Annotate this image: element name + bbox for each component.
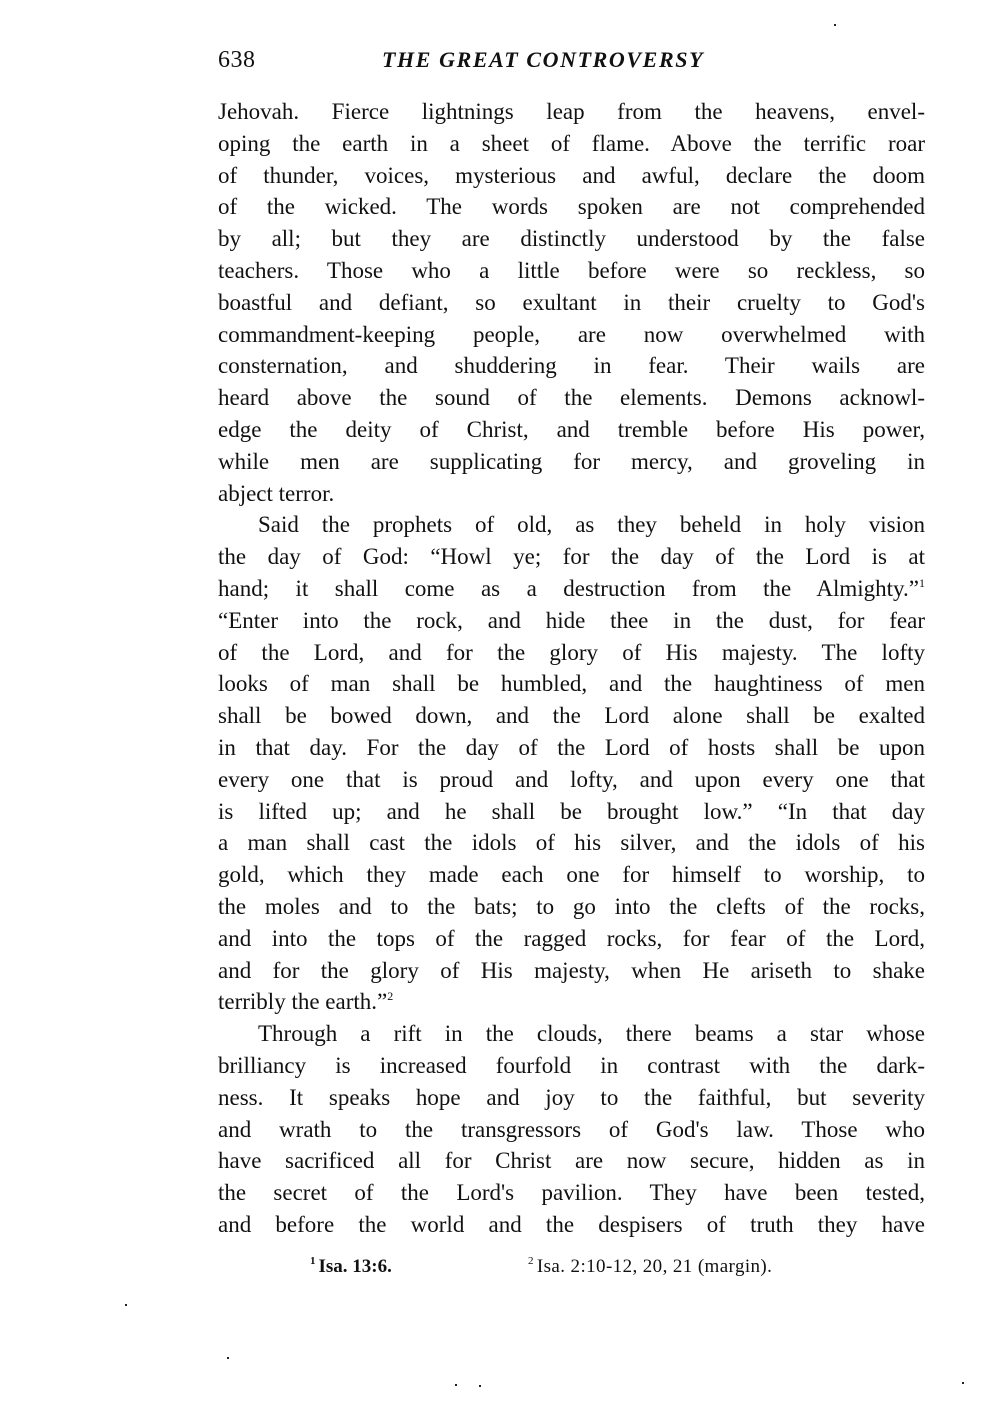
text-line: every one that is proud and lofty, and u… [218, 764, 925, 796]
running-title: THE GREAT CONTROVERSY [382, 44, 704, 76]
text-line: gold, which they made each one for himse… [218, 859, 925, 891]
text-line: heard above the sound of the elements. D… [218, 382, 925, 414]
text-line: “Enter into the rock, and hide thee in t… [218, 605, 925, 637]
text-line: and into the tops of the ragged rocks, f… [218, 923, 925, 955]
text-line: by all; but they are distinctly understo… [218, 223, 925, 255]
text-line: looks of man shall be humbled, and the h… [218, 668, 925, 700]
footnote-ref: 1 [919, 576, 925, 590]
text-line: commandment-keeping people, are now over… [218, 319, 925, 351]
text-line: abject terror. [218, 478, 925, 510]
text-line: boastful and defiant, so exultant in the… [218, 287, 925, 319]
scan-speck [125, 1304, 127, 1306]
scan-speck [227, 1357, 229, 1359]
footnote-2: 2Isa. 2:10-12, 20, 21 (margin). [528, 1252, 772, 1282]
text-line-with-footnote: hand; it shall come as a destruction fro… [218, 573, 925, 605]
text-line: oping the earth in a sheet of flame. Abo… [218, 128, 925, 160]
text-line: in that day. For the day of the Lord of … [218, 732, 925, 764]
footnote-1: 1Isa. 13:6. [310, 1252, 392, 1282]
scan-speck [455, 1384, 457, 1386]
scan-speck [962, 1382, 964, 1384]
text-line: and for the glory of His majesty, when H… [218, 955, 925, 987]
text-line: edge the deity of Christ, and tremble be… [218, 414, 925, 446]
text-line: have sacrificed all for Christ are now s… [218, 1145, 925, 1177]
text-line: of the wicked. The words spoken are not … [218, 191, 925, 223]
text-line: of thunder, voices, mysterious and awful… [218, 160, 925, 192]
text-line: Said the prophets of old, as they beheld… [218, 509, 925, 541]
text-line: the secret of the Lord's pavilion. They … [218, 1177, 925, 1209]
text-line-content: hand; it shall come as a destruction fro… [218, 576, 919, 601]
text-line: the day of God: “Howl ye; for the day of… [218, 541, 925, 573]
text-line: brilliancy is increased fourfold in cont… [218, 1050, 925, 1082]
body-text: Jehovah. Fierce lightnings leap from the… [218, 96, 925, 1241]
text-line: the moles and to the bats; to go into th… [218, 891, 925, 923]
book-page: 638 THE GREAT CONTROVERSY Jehovah. Fierc… [0, 0, 1000, 1413]
text-line-content: terribly the earth.” [218, 989, 387, 1014]
footnotes: 1Isa. 13:6. 2Isa. 2:10-12, 20, 21 (margi… [310, 1252, 870, 1282]
text-line: and wrath to the transgressors of God's … [218, 1114, 925, 1146]
page-number: 638 [218, 44, 256, 76]
text-line-with-footnote: terribly the earth.”2 [218, 986, 925, 1018]
text-line: teachers. Those who a little before were… [218, 255, 925, 287]
text-line: shall be bowed down, and the Lord alone … [218, 700, 925, 732]
text-line: while men are supplicating for mercy, an… [218, 446, 925, 478]
scan-speck [479, 1385, 481, 1387]
scan-speck [834, 24, 836, 26]
text-line: consternation, and shuddering in fear. T… [218, 350, 925, 382]
footnote-ref: 2 [387, 989, 393, 1003]
text-line: is lifted up; and he shall be brought lo… [218, 796, 925, 828]
text-line: ness. It speaks hope and joy to the fait… [218, 1082, 925, 1114]
text-line: of the Lord, and for the glory of His ma… [218, 637, 925, 669]
text-line: Jehovah. Fierce lightnings leap from the… [218, 96, 925, 128]
footnote-text: Isa. 2:10-12, 20, 21 (margin). [537, 1256, 772, 1277]
footnote-mark: 1 [310, 1255, 316, 1267]
text-line: Through a rift in the clouds, there beam… [218, 1018, 925, 1050]
text-line: and before the world and the despisers o… [218, 1209, 925, 1241]
text-line: a man shall cast the idols of his silver… [218, 827, 925, 859]
footnote-mark: 2 [528, 1255, 534, 1267]
running-head: 638 THE GREAT CONTROVERSY [218, 44, 738, 76]
footnote-text: Isa. 13:6. [319, 1256, 392, 1277]
